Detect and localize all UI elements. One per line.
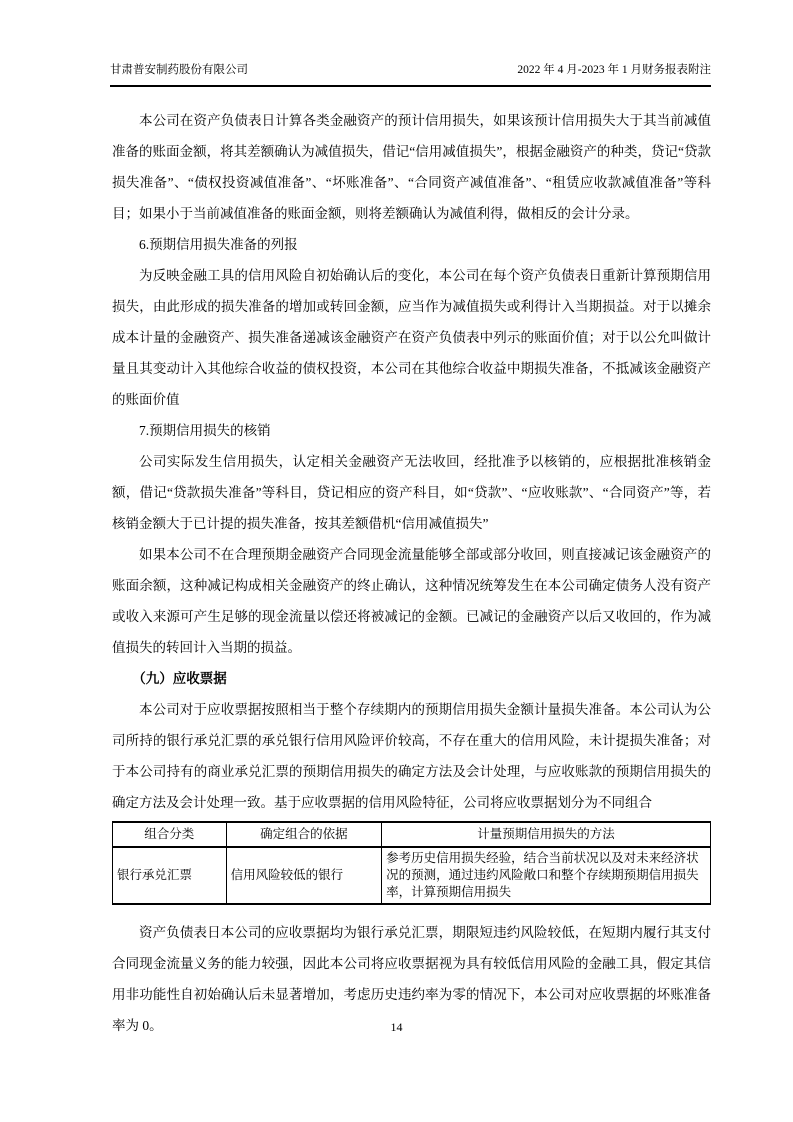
report-title: 2022 年 4 月-2023 年 1 月财务报表附注 [517,62,711,78]
page-content: 本公司在资产负债表日计算各类金融资产的预计信用损失，如果该预计信用损失大于其当前… [112,92,711,1041]
page-header: 甘肃普安制药股份有限公司 2022 年 4 月-2023 年 1 月财务报表附注 [110,62,711,87]
section-heading-9: （九）应收票据 [112,663,711,694]
paragraph-section-7a: 公司实际发生信用损失，认定相关金融资产无法收回，经批准予以核销的，应根据批准核销… [112,446,711,539]
document-page: 甘肃普安制药股份有限公司 2022 年 4 月-2023 年 1 月财务报表附注… [0,0,793,1122]
table-cell-method: 参考历史信用损失经验，结合当前状况以及对未来经济状况的预测，通过违约风险敞口和整… [382,847,711,904]
receivable-notes-portfolio-table: 组合分类 确定组合的依据 计量预期信用损失的方法 银行承兑汇票 信用风险较低的银… [112,821,711,905]
table-row: 银行承兑汇票 信用风险较低的银行 参考历史信用损失经验，结合当前状况以及对未来经… [113,847,711,904]
page-number: 14 [391,1020,403,1034]
company-name: 甘肃普安制药股份有限公司 [110,62,248,78]
table-header-method: 计量预期信用损失的方法 [382,822,711,847]
paragraph-section-7b: 如果本公司不在合理预期金融资产合同现金流量能够全部或部分收回，则直接减记该金融资… [112,539,711,663]
paragraph-ecl-calculation: 本公司在资产负债表日计算各类金融资产的预计信用损失，如果该预计信用损失大于其当前… [112,105,711,229]
paragraph-section-6: 为反映金融工具的信用风险自初始确认后的变化，本公司在每个资产负债表日重新计算预期… [112,260,711,415]
paragraph-section-9: 本公司对于应收票据按照相当于整个存续期内的预期信用损失金额计量损失准备。本公司认… [112,694,711,818]
table-cell-basis: 信用风险较低的银行 [226,847,381,904]
table-header-row: 组合分类 确定组合的依据 计量预期信用损失的方法 [113,822,711,847]
section-heading-6: 6.预期信用损失准备的列报 [112,229,711,260]
table-cell-portfolio: 银行承兑汇票 [113,847,227,904]
section-heading-7: 7.预期信用损失的核销 [112,415,711,446]
page-footer: 14 [0,1020,793,1035]
table-header-basis: 确定组合的依据 [226,822,381,847]
table-header-portfolio-class: 组合分类 [113,822,227,847]
